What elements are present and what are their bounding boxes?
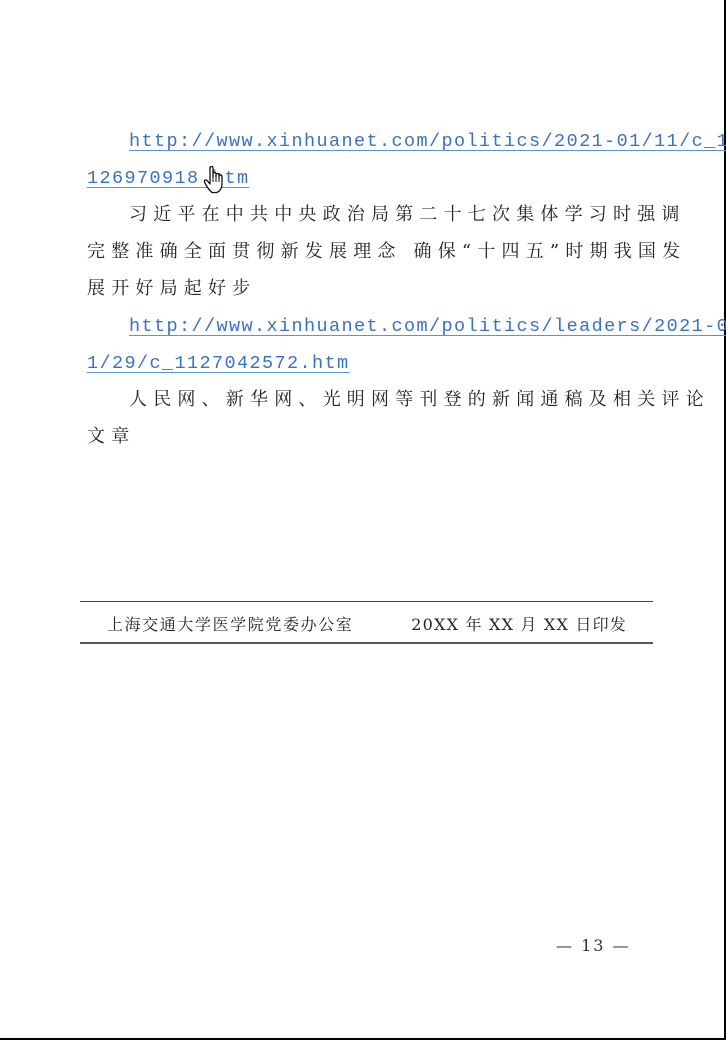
- reference-link-1-line-2: 126970918.htm: [87, 159, 647, 196]
- reference-title-1-line-2: 完整准确全面贯彻新发展理念 确保“十四五”时期我国发: [87, 233, 647, 270]
- reference-source-line-2: 文章: [87, 418, 647, 455]
- reference-title-1-line-1: 习近平在中共中央政治局第二十七次集体学习时强调: [87, 196, 647, 233]
- page-number: — 13 —: [556, 936, 631, 955]
- reference-title-1-line-3: 展开好局起好步: [87, 270, 647, 307]
- references-block: http://www.xinhuanet.com/politics/2021-0…: [87, 122, 647, 455]
- hand-pointer-icon: [203, 166, 225, 194]
- issuer-name: 上海交通大学医学院党委办公室: [107, 612, 353, 635]
- document-footer: 上海交通大学医学院党委办公室 20XX 年 XX 月 XX 日印发: [80, 601, 653, 644]
- reference-link-2-continued[interactable]: 1/29/c_1127042572.htm: [87, 353, 350, 374]
- reference-source-line-1: 人民网、新华网、光明网等刊登的新闻通稿及相关评论: [87, 381, 647, 418]
- document-page: http://www.xinhuanet.com/politics/2021-0…: [0, 0, 726, 1040]
- reference-link-2-line-2: 1/29/c_1127042572.htm: [87, 344, 647, 381]
- reference-link-2[interactable]: http://www.xinhuanet.com/politics/leader…: [129, 316, 726, 337]
- reference-link-2-line-1: http://www.xinhuanet.com/politics/leader…: [87, 307, 647, 344]
- reference-link-1[interactable]: http://www.xinhuanet.com/politics/2021-0…: [129, 131, 726, 152]
- issue-date: 20XX 年 XX 月 XX 日印发: [411, 612, 627, 635]
- reference-link-1-continued[interactable]: 126970918.htm: [87, 168, 250, 189]
- reference-link-1-line-1: http://www.xinhuanet.com/politics/2021-0…: [87, 122, 647, 159]
